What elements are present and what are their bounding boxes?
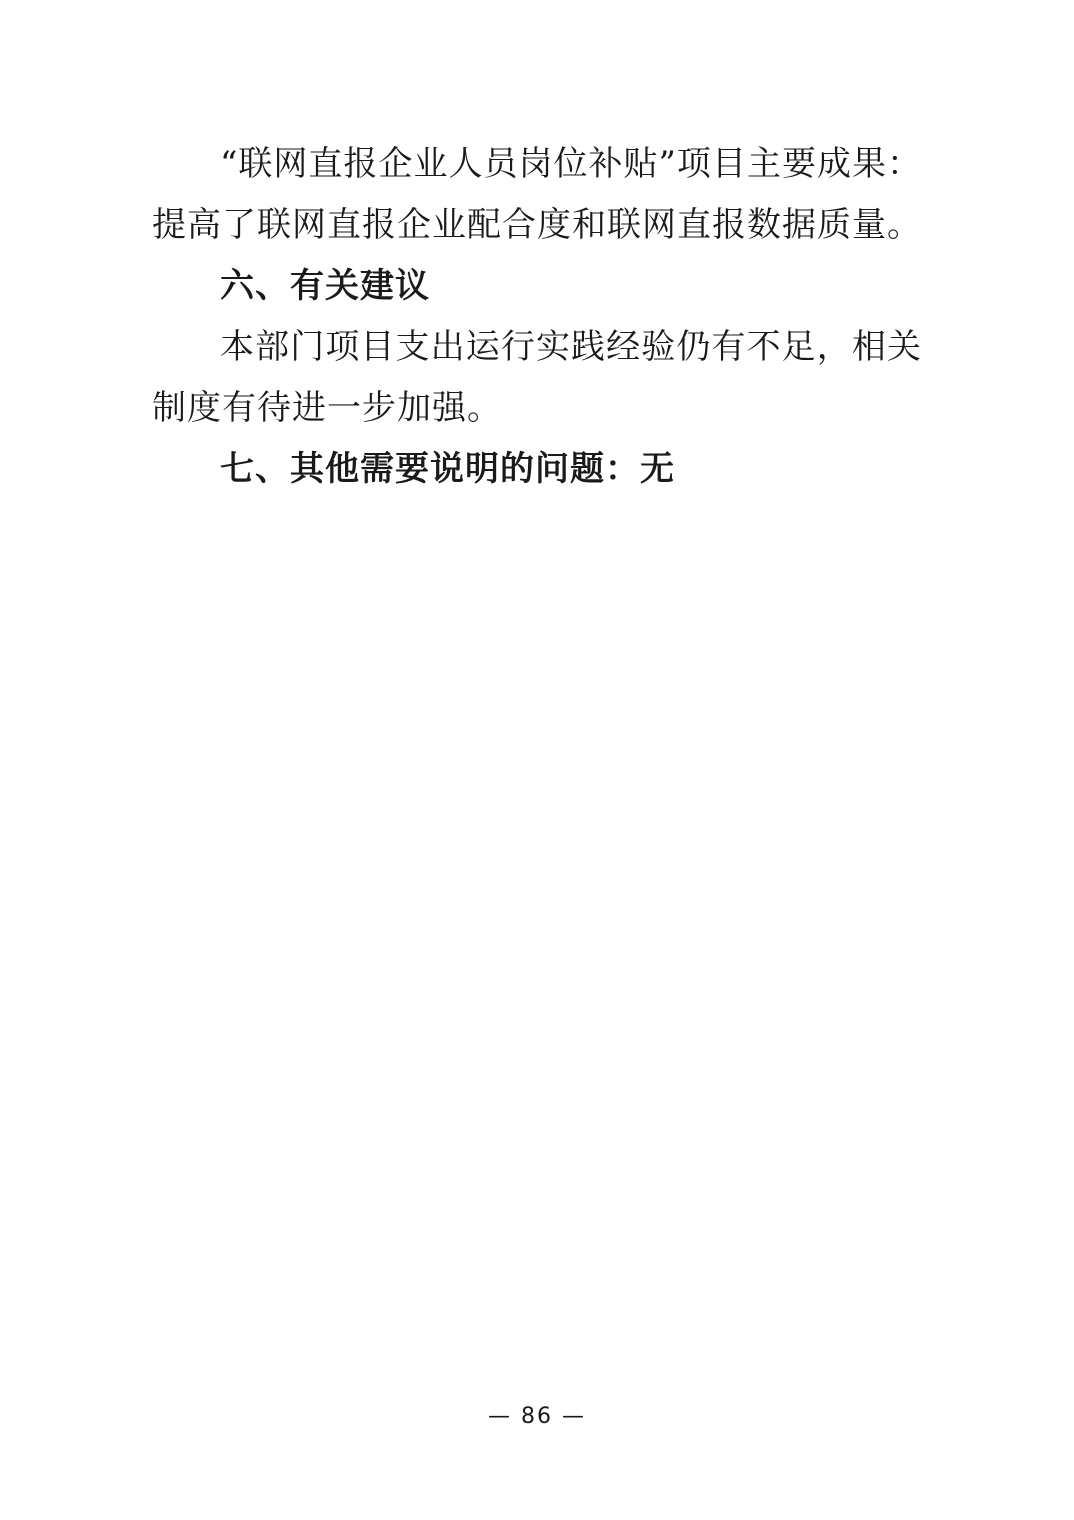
paragraph-suggestions: 本部门项目支出运行实践经验仍有不足，相关制度有待进一步加强。 <box>152 317 922 439</box>
paragraph-project-results: “联网直报企业人员岗位补贴”项目主要成果：提高了联网直报企业配合度和联网直报数据… <box>152 134 922 256</box>
document-body: “联网直报企业人员岗位补贴”项目主要成果：提高了联网直报企业配合度和联网直报数据… <box>152 134 922 500</box>
section-heading-other-issues: 七、其他需要说明的问题：无 <box>152 439 922 500</box>
document-page: “联网直报企业人员岗位补贴”项目主要成果：提高了联网直报企业配合度和联网直报数据… <box>0 0 1074 1520</box>
section-heading-suggestions: 六、有关建议 <box>152 256 922 317</box>
page-number: — 86 — <box>0 1404 1074 1429</box>
